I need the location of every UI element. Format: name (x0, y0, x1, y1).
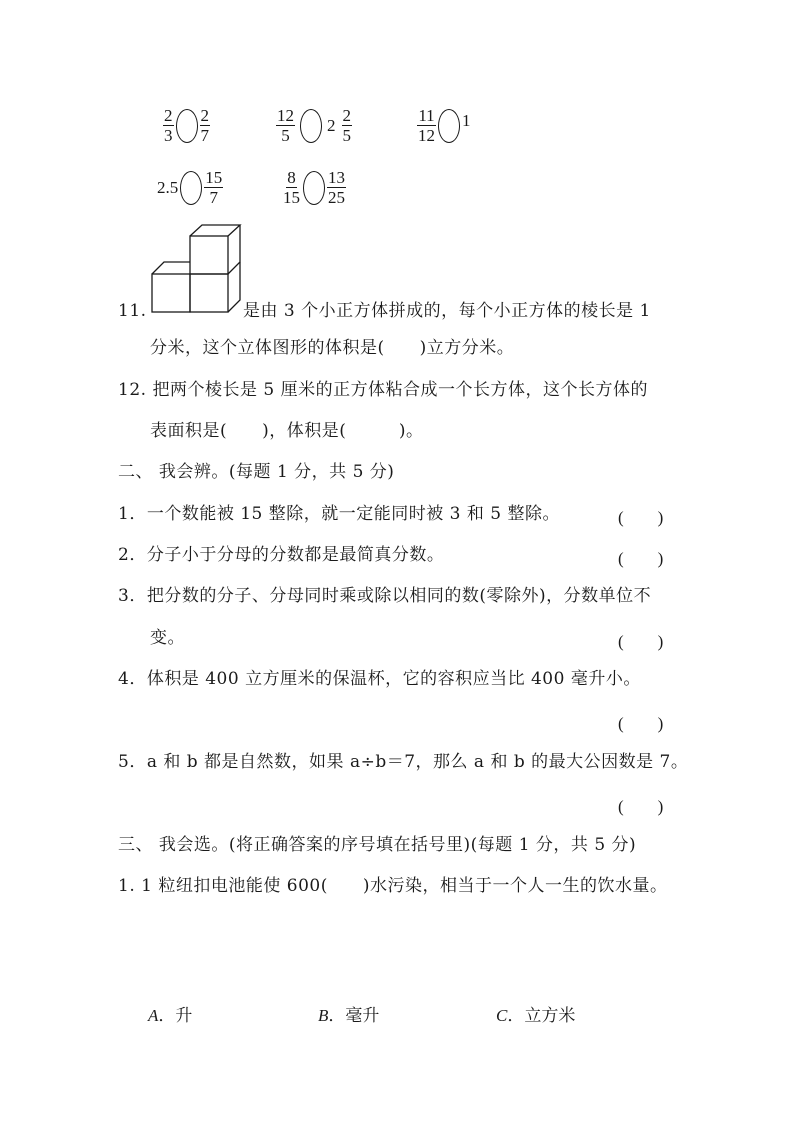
fraction: 1325 (327, 168, 346, 207)
answer-blank-3[interactable]: ( ) (618, 627, 663, 652)
choice-question-1: 1. 1 粒纽扣电池能使 600( )水污染，相当于一个人一生的饮水量。 (118, 875, 667, 897)
judge-item-3: 3．把分数的分子、分母同时乘或除以相同的数(零除外)，分数单位不 (118, 585, 651, 607)
answer-blank-5[interactable]: ( ) (618, 792, 663, 817)
fraction: 23 (163, 106, 174, 145)
compare-item-5: 815 1325 (282, 168, 346, 207)
section-2-heading: 二、 我会辨。(每题 1 分，共 5 分) (118, 461, 394, 483)
whole-number: 1 (462, 111, 471, 131)
option-a[interactable]: A．升 (148, 1001, 192, 1026)
fraction: 157 (204, 168, 223, 207)
question-11-line1: 是由 3 个小正方体拼成的，每个小正方体的棱长是 1 (243, 300, 651, 322)
compare-item-2: 125 2 25 (276, 106, 352, 145)
compare-circle[interactable] (438, 109, 460, 143)
fraction: 25 (342, 106, 353, 145)
section-3-heading: 三、 我会选。(将正确答案的序号填在括号里)(每题 1 分，共 5 分) (118, 834, 636, 856)
compare-item-3: 1112 1 (417, 106, 471, 145)
compare-circle[interactable] (180, 171, 202, 205)
cube-figure-icon (150, 224, 245, 316)
answer-blank-1[interactable]: ( ) (618, 503, 663, 528)
fraction: 815 (282, 168, 301, 207)
compare-circle[interactable] (300, 109, 322, 143)
option-b[interactable]: B．毫升 (318, 1001, 379, 1026)
compare-circle[interactable] (303, 171, 325, 205)
judge-item-1: 1．一个数能被 15 整除，就一定能同时被 3 和 5 整除。 (118, 503, 560, 525)
judge-item-3-cont: 变。 (150, 627, 185, 649)
compare-item-1: 23 27 (163, 106, 210, 145)
answer-blank-2[interactable]: ( ) (618, 544, 663, 569)
decimal-number: 2.5 (157, 178, 178, 198)
question-12-line2: 表面积是( )，体积是( )。 (150, 420, 424, 442)
compare-circle[interactable] (176, 109, 198, 143)
whole-number: 2 (327, 116, 336, 136)
answer-blank-4[interactable]: ( ) (618, 709, 663, 734)
question-11-line2: 分米，这个立体图形的体积是( )立方分米。 (150, 337, 514, 359)
judge-item-4: 4．体积是 400 立方厘米的保温杯，它的容积应当比 400 毫升小。 (118, 668, 641, 690)
fraction: 125 (276, 106, 295, 145)
compare-item-4: 2.5 157 (157, 168, 223, 207)
option-c[interactable]: C．立方米 (496, 1001, 575, 1026)
judge-item-5: 5．a 和 b 都是自然数，如果 a÷b＝7，那么 a 和 b 的最大公因数是 … (118, 751, 688, 773)
fraction: 27 (200, 106, 211, 145)
judge-item-2: 2．分子小于分母的分数都是最简真分数。 (118, 544, 444, 566)
question-11-number: 11. (118, 300, 147, 322)
fraction: 1112 (417, 106, 436, 145)
question-12-line1: 12. 把两个棱长是 5 厘米的正方体粘合成一个长方体，这个长方体的 (118, 379, 648, 401)
